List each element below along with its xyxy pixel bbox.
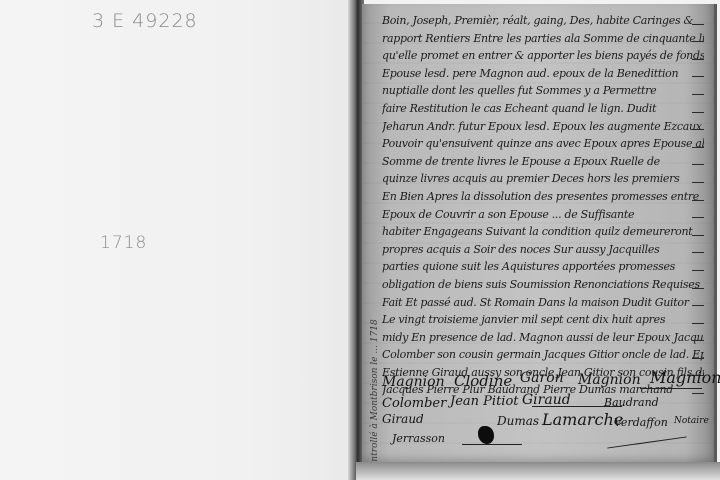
manuscript-line: obligation de biens suis Soumission Reno… — [382, 276, 704, 294]
manuscript-line: quinze livres acquis au premier Deces ho… — [382, 170, 704, 188]
signature: Baudrand — [604, 396, 659, 409]
signature: Clodine — [454, 372, 512, 390]
year-annotation: 1718 — [100, 233, 147, 253]
manuscript-line: Epoux de Couvrir a son Epouse ... de Suf… — [382, 206, 704, 224]
manuscript-line: Jeharun Andr. futur Epoux lesd. Epoux le… — [382, 118, 704, 136]
manuscript-line: Boin, Joseph, Premièr, réalt, gaing, Des… — [382, 12, 704, 30]
manuscript-text: Boin, Joseph, Premièr, réalt, gaing, Des… — [382, 12, 704, 399]
manuscript-page: Controllé à Montbrison le ... 1718 Boin,… — [362, 4, 717, 466]
manuscript-line: Fait Et passé aud. St Romain Dans la mai… — [382, 294, 704, 312]
manuscript-line: faire Restitution le cas Echeant quand l… — [382, 100, 704, 118]
manuscript-line: nuptialle dont les quelles fut Sommes y … — [382, 82, 704, 100]
signature: Colomber — [382, 396, 446, 411]
signature: Lamarche — [542, 410, 623, 429]
signature: Magnion — [382, 374, 445, 390]
manuscript-line: midy En presence de lad. Magnon aussi de… — [382, 329, 704, 347]
signature-flourish — [640, 388, 702, 389]
page-bottom-shadow — [356, 462, 720, 480]
signature: Giraud — [382, 412, 424, 426]
manuscript-line: Somme de trente livres le Epouse a Epoux… — [382, 153, 704, 171]
margin-note: Controllé à Montbrison le ... 1718 — [370, 264, 380, 474]
signature-flourish — [462, 444, 522, 445]
manuscript-line: rapport Rentiers Entre les parties ala S… — [382, 30, 704, 48]
signature: Garon — [520, 370, 564, 386]
signature: Dumas — [497, 414, 539, 428]
signature-block: Magnion Clodine Garon Magnion Magnion Co… — [382, 376, 707, 456]
manuscript-line: propres acquis a Soir des noces Sur auss… — [382, 241, 704, 259]
manuscript-line: En Bien Apres la dissolution des present… — [382, 188, 704, 206]
manuscript-line: qu'elle promet en entrer & apporter les … — [382, 47, 704, 65]
archive-reference: 3 E 49228 — [92, 10, 198, 32]
manuscript-line: habiter Engageans Suivant la condition q… — [382, 223, 704, 241]
left-page: 3 E 49228 1718 — [0, 0, 356, 480]
signature: Jerrasson — [392, 432, 445, 445]
manuscript-line: Colomber son cousin germain Jacques Giti… — [382, 346, 704, 364]
signature-flourish — [532, 406, 622, 407]
signature: Magnion — [578, 372, 641, 388]
manuscript-line: parties quione suit les Aquistures appor… — [382, 258, 704, 276]
manuscript-line: Epouse lesd. pere Magnon aud. epoux de l… — [382, 65, 704, 83]
manuscript-line: Le vingt troisieme janvier mil sept cent… — [382, 311, 704, 329]
signature: Jean Pitiot — [450, 394, 519, 409]
signature: Verdaffon — [614, 416, 668, 429]
manuscript-line: Pouvoir qu'ensuivent quinze ans avec Epo… — [382, 135, 704, 153]
signature: Notaire — [674, 416, 709, 426]
ink-blot — [478, 426, 494, 444]
signature: Magnion — [650, 368, 720, 387]
signature-flourish — [607, 436, 686, 448]
